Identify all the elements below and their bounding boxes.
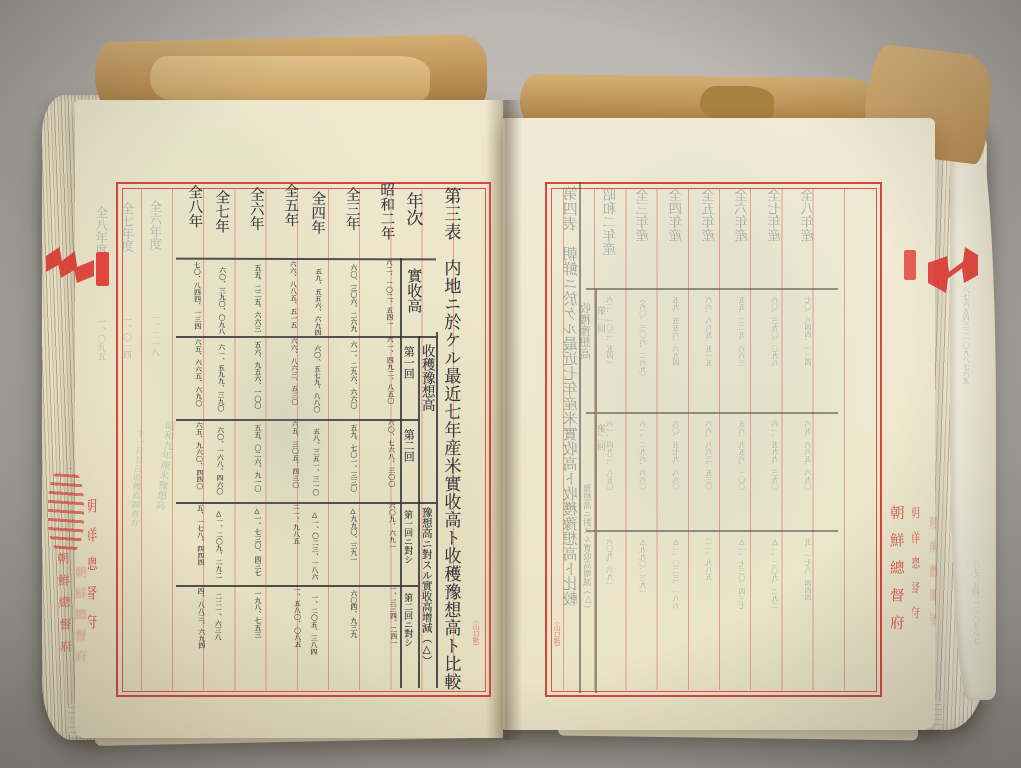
mirror-row1-value: （六〇、三〇六、二六九） [640,296,647,380]
pencil-note-label: 全八年度 [94,206,107,256]
diff2-value: 一、三三四、二四一 [387,585,395,646]
header-year: 年次 [404,192,421,226]
mirror-header-sub1: 第一回 [598,306,607,333]
mirror-row1-value: 六二、一〇二、五四一 [607,296,614,366]
diff2-value: 一九八、七五三 [252,590,259,638]
mirror-row2-value: 六六、八六三、五三〇 [706,420,713,490]
fore-edge-mark-right-2 [904,250,916,280]
bottom-left-stamp-fragment: 朝鮮總督府 [63,688,76,693]
top-edge-dark-patch [700,86,774,120]
mirror-row3-value: 二一、九八五 [706,538,713,580]
mirror-year-label: 全六年産 [736,188,750,242]
mirror-year-label: 全四年産 [670,188,684,242]
mirror-header-group1: 收穫豫想高 [581,302,593,360]
pencil-note-label: 全七年度 [120,202,133,252]
mirror-row3-value: △一、七三〇、四三七 [739,538,746,609]
mirror-year-label: 全七年産 [769,188,783,242]
mirror-row2-value: 六一、二九六、六六〇 [640,420,647,490]
mirror-row2-value: 六一、五九九、三九〇 [772,420,779,490]
diff2-value: 一、五八〇、〇八五 [291,586,299,647]
photo-backdrop: 第三表 内地ニ於ケル最近七年産米實收高ト收穫豫想高ト比較 年次 實收高 收穫豫想… [0,0,1021,768]
header-actual: 實收高 [406,268,421,313]
mirror-row2-value: 六〇、五七九、八八〇 [673,420,680,490]
header-diff-sub1: 第一回ニ對シ [403,510,412,564]
mirror-vline-header [596,288,598,693]
fore-edge-red-streaks-left [48,468,84,554]
mirror-row2-value: 五六、九五六、一〇〇 [739,420,746,490]
fore-edge-mark-left-2 [96,252,109,286]
mirror-row3-value: 六〇九、六九一 [607,538,614,587]
right-margin-stamp: 朝鮮總督府 [888,505,903,643]
mirror-row1-value: 五五、二二五、六六三 [739,296,746,366]
actual-value: 六二、一〇二、五四一 [383,259,391,327]
forecast2-value: 六五、九六〇、四四〇 [193,422,201,490]
diff2-value: 六〇四、九三九 [348,590,355,638]
year-label: 全四年 [309,191,324,235]
grid-vline-title [436,332,438,688]
bottom-left-stamp-fragments-clip: 朝鮮總督府 [55,688,115,740]
diff2-value: 一、二〇五、三八四 [308,594,316,655]
header-forecast-sub1: 第一回 [402,346,413,379]
diff2-value: 二二一、六三八 [212,593,220,641]
right-edge-stamp-echo-clip: 朝鮮總督府 [930,506,946,681]
header-forecast-group: 收穫豫想高 [420,344,434,412]
mirror-title: 第四表 朝鮮ニ於ケル最近七年産米實收高ト收穫豫想高ト比較 [564,186,579,686]
mirror-row2-value: 六五、六六五、六九〇 [805,420,812,490]
mirror-row1-value: 六六、八八五、五一五 [706,296,713,366]
mirror-row3-value: 五、一七八、四四四 [805,538,812,601]
mirror-year-label: 昭和二年産 [604,188,618,256]
forecast1-value: 六一、四九二、八五〇 [384,336,392,404]
year-label: 全八年 [186,185,201,229]
left-bleed-smudge [210,300,360,560]
pencil-note-value: 一、〇九五 [97,318,106,361]
mirror-row3-value: △九九〇、三九一 [640,538,647,595]
year-label: 全三年 [344,187,359,231]
year-label: 昭和二年 [378,182,393,240]
right-edge-stamp-echo: 朝鮮總督府 [912,506,919,631]
left-margin-stamp-clip: 朝鮮總督府 [88,498,110,673]
header-diff-sub2: 第二回ニ對シ [403,593,412,647]
mirror-row1-value: 七〇、八四四、一三四 [805,296,812,366]
year-label: 全六年 [248,187,263,231]
forecast2-value: 六〇、七六八、三〇〇 [385,419,393,487]
pencil-note-label: 全六年度 [148,200,161,250]
right-edge-stamp-echo-clip: 朝鮮總督府 [912,500,930,680]
mirror-vline-title [579,182,581,693]
right-paper-mark: （山口紙） [552,618,559,651]
header-forecast-sub2: 第二回 [402,429,413,462]
diff2-value: 四、八八三、六九四 [195,588,203,649]
year-label: 全五年 [282,183,297,227]
mirror-hline-2 [586,412,838,414]
mirror-row1-value: 六〇、三九〇、〇九八 [772,296,779,366]
mirror-hline-1 [586,288,838,290]
left-table-title: 第三表 内地ニ於ケル最近七年産米實收高ト收穫豫想高ト比較 [442,187,459,685]
grid-vline-header-split [418,336,420,688]
actual-value: 七〇、八四四、一三四 [191,262,199,330]
year-label: 全七年 [213,190,228,234]
mirror-year-label: 全五年産 [703,188,717,242]
mirror-row2-value: 六一、四九二、八五〇 [607,420,614,490]
mirror-row1-value: 五九、五五六、六九四 [673,296,680,366]
header-diff-group: 豫想高ニ對スル實收高增減（△） [421,507,432,666]
gutter-fold [486,100,522,740]
mirror-year-label: 全八年産 [802,188,816,242]
right-edge-stamp-echo: 朝鮮總督府 [930,516,936,636]
forecast1-value: 六五、六六五、六九〇 [192,339,200,407]
diff1-value: 五、一七八、四四四 [194,505,202,566]
pencil-note-value: 一、二一八 [151,314,160,357]
mirror-header-group2: 豫想高ニ對スル實收高增減（△） [583,484,592,613]
mirror-year-label: 全三年産 [637,188,651,242]
right-page-show-through: 第四表 朝鮮ニ於ケル最近七年産米實收高ト收穫豫想高ト比較 收穫豫想高 第一回 第… [545,182,878,693]
grid-vline-header-left [400,258,402,688]
mirror-hline-3 [586,530,838,532]
mirror-row3-value: △一、二〇九、二九二 [772,538,779,609]
left-edge-stamp-echo: 朝鮮總督府 [74,566,86,671]
mirror-header-sub2: 第二回 [598,424,607,451]
diff1-value: 六〇九、六九一 [386,502,394,550]
outer-sheet-scribble: 八七六五四三二一〇九八七 [972,560,979,644]
top-edge-tan-left-inner [150,56,430,100]
left-margin-stamp: 朝鮮總督府 [88,498,96,643]
mirror-row3-value: △一、〇二三、一八六 [673,538,680,609]
pencil-note-value: 一、〇一四 [123,316,132,359]
outer-sheet-scribble: 一一八七六五四三二一〇九八七六五 [962,272,969,384]
left-paper-mark: （山口紙） [471,617,478,650]
